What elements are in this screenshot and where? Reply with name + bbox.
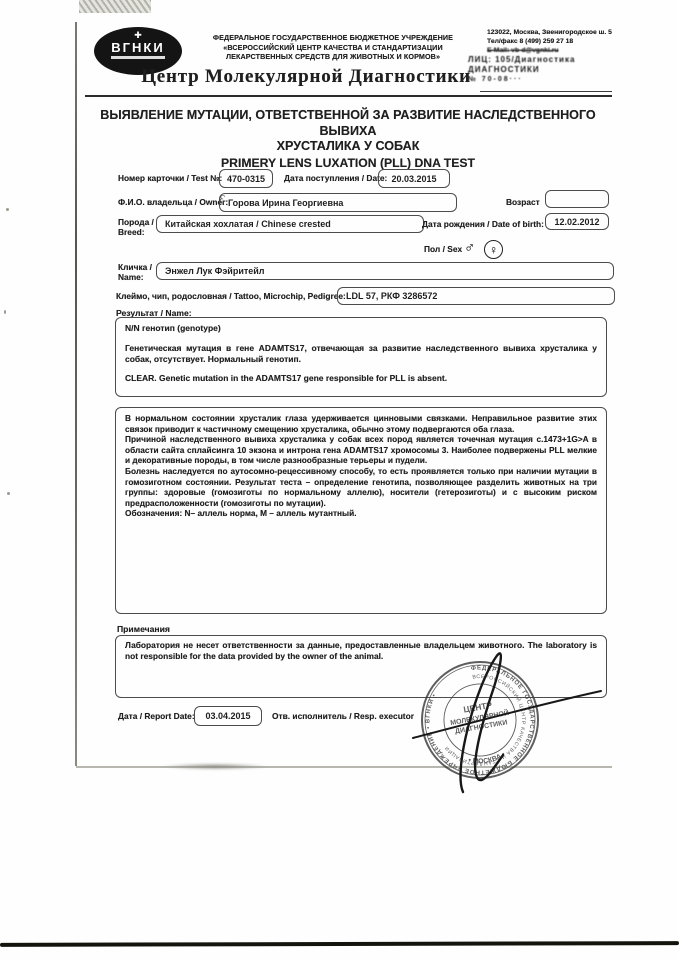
contact-email: E-Mail: vb-d@vgnki.ru <box>487 46 617 55</box>
pet-name-field: Энжел Лук Фэйритейл <box>156 262 614 280</box>
org-line: ЛЕКАРСТВЕННЫХ СРЕДСТВ ДЛЯ ЖИВОТНЫХ И КОР… <box>183 52 483 62</box>
contact-phone: Тел/факс 8 (499) 259 27 18 <box>487 37 617 46</box>
date-received-label: Дата поступления / Date: <box>284 173 387 183</box>
contact-block: 123022, Москва, Звенигородское ш. 5 Тел/… <box>487 28 617 55</box>
contact-address: 123022, Москва, Звенигородское ш. 5 <box>487 28 617 37</box>
scan-corner-artifact <box>79 0 151 13</box>
owner-field: Горова Ирина Георгиевна <box>219 193 457 212</box>
info-paragraph: Причиной наследственного вывиха хрустали… <box>125 434 597 466</box>
report-date-field: 03.04.2015 <box>194 706 262 726</box>
notes-section-label: Примечания <box>117 624 170 634</box>
organization-name: ФЕДЕРАЛЬНОЕ ГОСУДАРСТВЕННОЕ БЮДЖЕТНОЕ УЧ… <box>183 33 483 62</box>
breed-field: Китайская хохлатая / Chinese crested <box>156 215 424 233</box>
org-line: ФЕДЕРАЛЬНОЕ ГОСУДАРСТВЕННОЕ БЮДЖЕТНОЕ УЧ… <box>183 33 483 43</box>
scan-speck <box>7 492 10 495</box>
logo-bar <box>111 56 165 59</box>
official-stamp: ФЕДЕРАЛЬНОЕ ГОСУДАРСТВЕННОЕ БЮДЖЕТНОЕ УЧ… <box>383 630 615 802</box>
scan-speck <box>4 310 6 314</box>
org-line: «ВСЕРОССИЙСКИЙ ЦЕНТР КАЧЕСТВА И СТАНДАРТ… <box>183 43 483 53</box>
scan-speck <box>6 208 9 211</box>
scan-left-edge-line <box>75 22 77 766</box>
breed-label-line2: Breed: <box>118 228 154 238</box>
cross-icon: ✚ <box>94 30 182 40</box>
owner-label: Ф.И.О. владельца / Owner: <box>118 197 228 207</box>
result-text-ru: Генетическая мутация в гене ADAMTS17, от… <box>125 343 597 365</box>
tattoo-field: LDL 57, РКФ 3286572 <box>337 287 615 305</box>
info-paragraph: Обозначения: N– аллель норма, М – аллель… <box>125 508 597 519</box>
info-paragraph: В нормальном состоянии хрусталик глаза у… <box>125 413 597 434</box>
female-icon: ♀ <box>489 243 498 257</box>
overstamp-underline <box>480 91 612 92</box>
overstamp-line: № 70-08··· <box>468 75 618 85</box>
breed-label: Порода / Breed: <box>118 218 154 237</box>
title-line-ru-1: ВЫЯВЛЕНИЕ МУТАЦИИ, ОТВЕТСТВЕННОЙ ЗА РАЗВ… <box>84 108 612 139</box>
result-text-en: CLEAR. Genetic mutation in the ADAMTS17 … <box>125 373 597 384</box>
scanned-document-page: ✚ ВГНКИ ФЕДЕРАЛЬНОЕ ГОСУДАРСТВЕННОЕ БЮДЖ… <box>0 0 679 960</box>
report-date-label: Дата / Report Date: <box>118 711 195 721</box>
birth-date-label: Дата рождения / Date of birth: <box>422 219 544 229</box>
document-title: ВЫЯВЛЕНИЕ МУТАЦИИ, ОТВЕТСТВЕННОЙ ЗА РАЗВ… <box>84 108 612 171</box>
birth-date-field: 12.02.2012 <box>545 213 609 230</box>
title-line-en: PRIMERY LENS LUXATION (PLL) DNA TEST <box>84 155 612 171</box>
overstamp-text: ЛИЦ: 105/Диагностика ДИАГНОСТИКИ № 70-08… <box>468 55 618 85</box>
card-number-field: 470-0315 <box>219 169 273 188</box>
age-label: Возраст <box>506 197 540 207</box>
info-paragraph: Болезнь наследуется по аутосомно-рецесси… <box>125 466 597 508</box>
pet-name-label: Кличка / Name: <box>118 263 152 282</box>
male-icon: ♂ <box>464 240 475 255</box>
result-genotype: N/N генотип (genotype) <box>125 323 597 334</box>
overstamp-line: ЛИЦ: 105/Диагностика <box>468 55 618 65</box>
overstamp-line: ДИАГНОСТИКИ <box>468 65 618 75</box>
tattoo-label: Клеймо, чип, родословная / Tattoo, Micro… <box>116 291 346 301</box>
age-field <box>545 190 609 208</box>
logo-text: ВГНКИ <box>94 40 182 55</box>
female-icon-circled: ♀ <box>484 240 503 259</box>
card-number-label: Номер карточки / Test №: <box>118 173 222 183</box>
info-box: В нормальном состоянии хрусталик глаза у… <box>115 407 607 614</box>
pet-name-label-line2: Name: <box>118 273 152 283</box>
sex-label: Пол / Sex <box>424 244 462 254</box>
scan-bottom-edge-line <box>0 941 679 947</box>
center-name: Центр Молекулярной Диагностики <box>120 66 492 88</box>
date-received-field: 20.03.2015 <box>378 169 450 188</box>
header-divider <box>85 95 612 97</box>
title-line-ru-2: ХРУСТАЛИКА У СОБАК <box>84 139 612 155</box>
result-box: N/N генотип (genotype) Генетическая мута… <box>115 317 607 397</box>
scan-smudge <box>160 763 270 770</box>
